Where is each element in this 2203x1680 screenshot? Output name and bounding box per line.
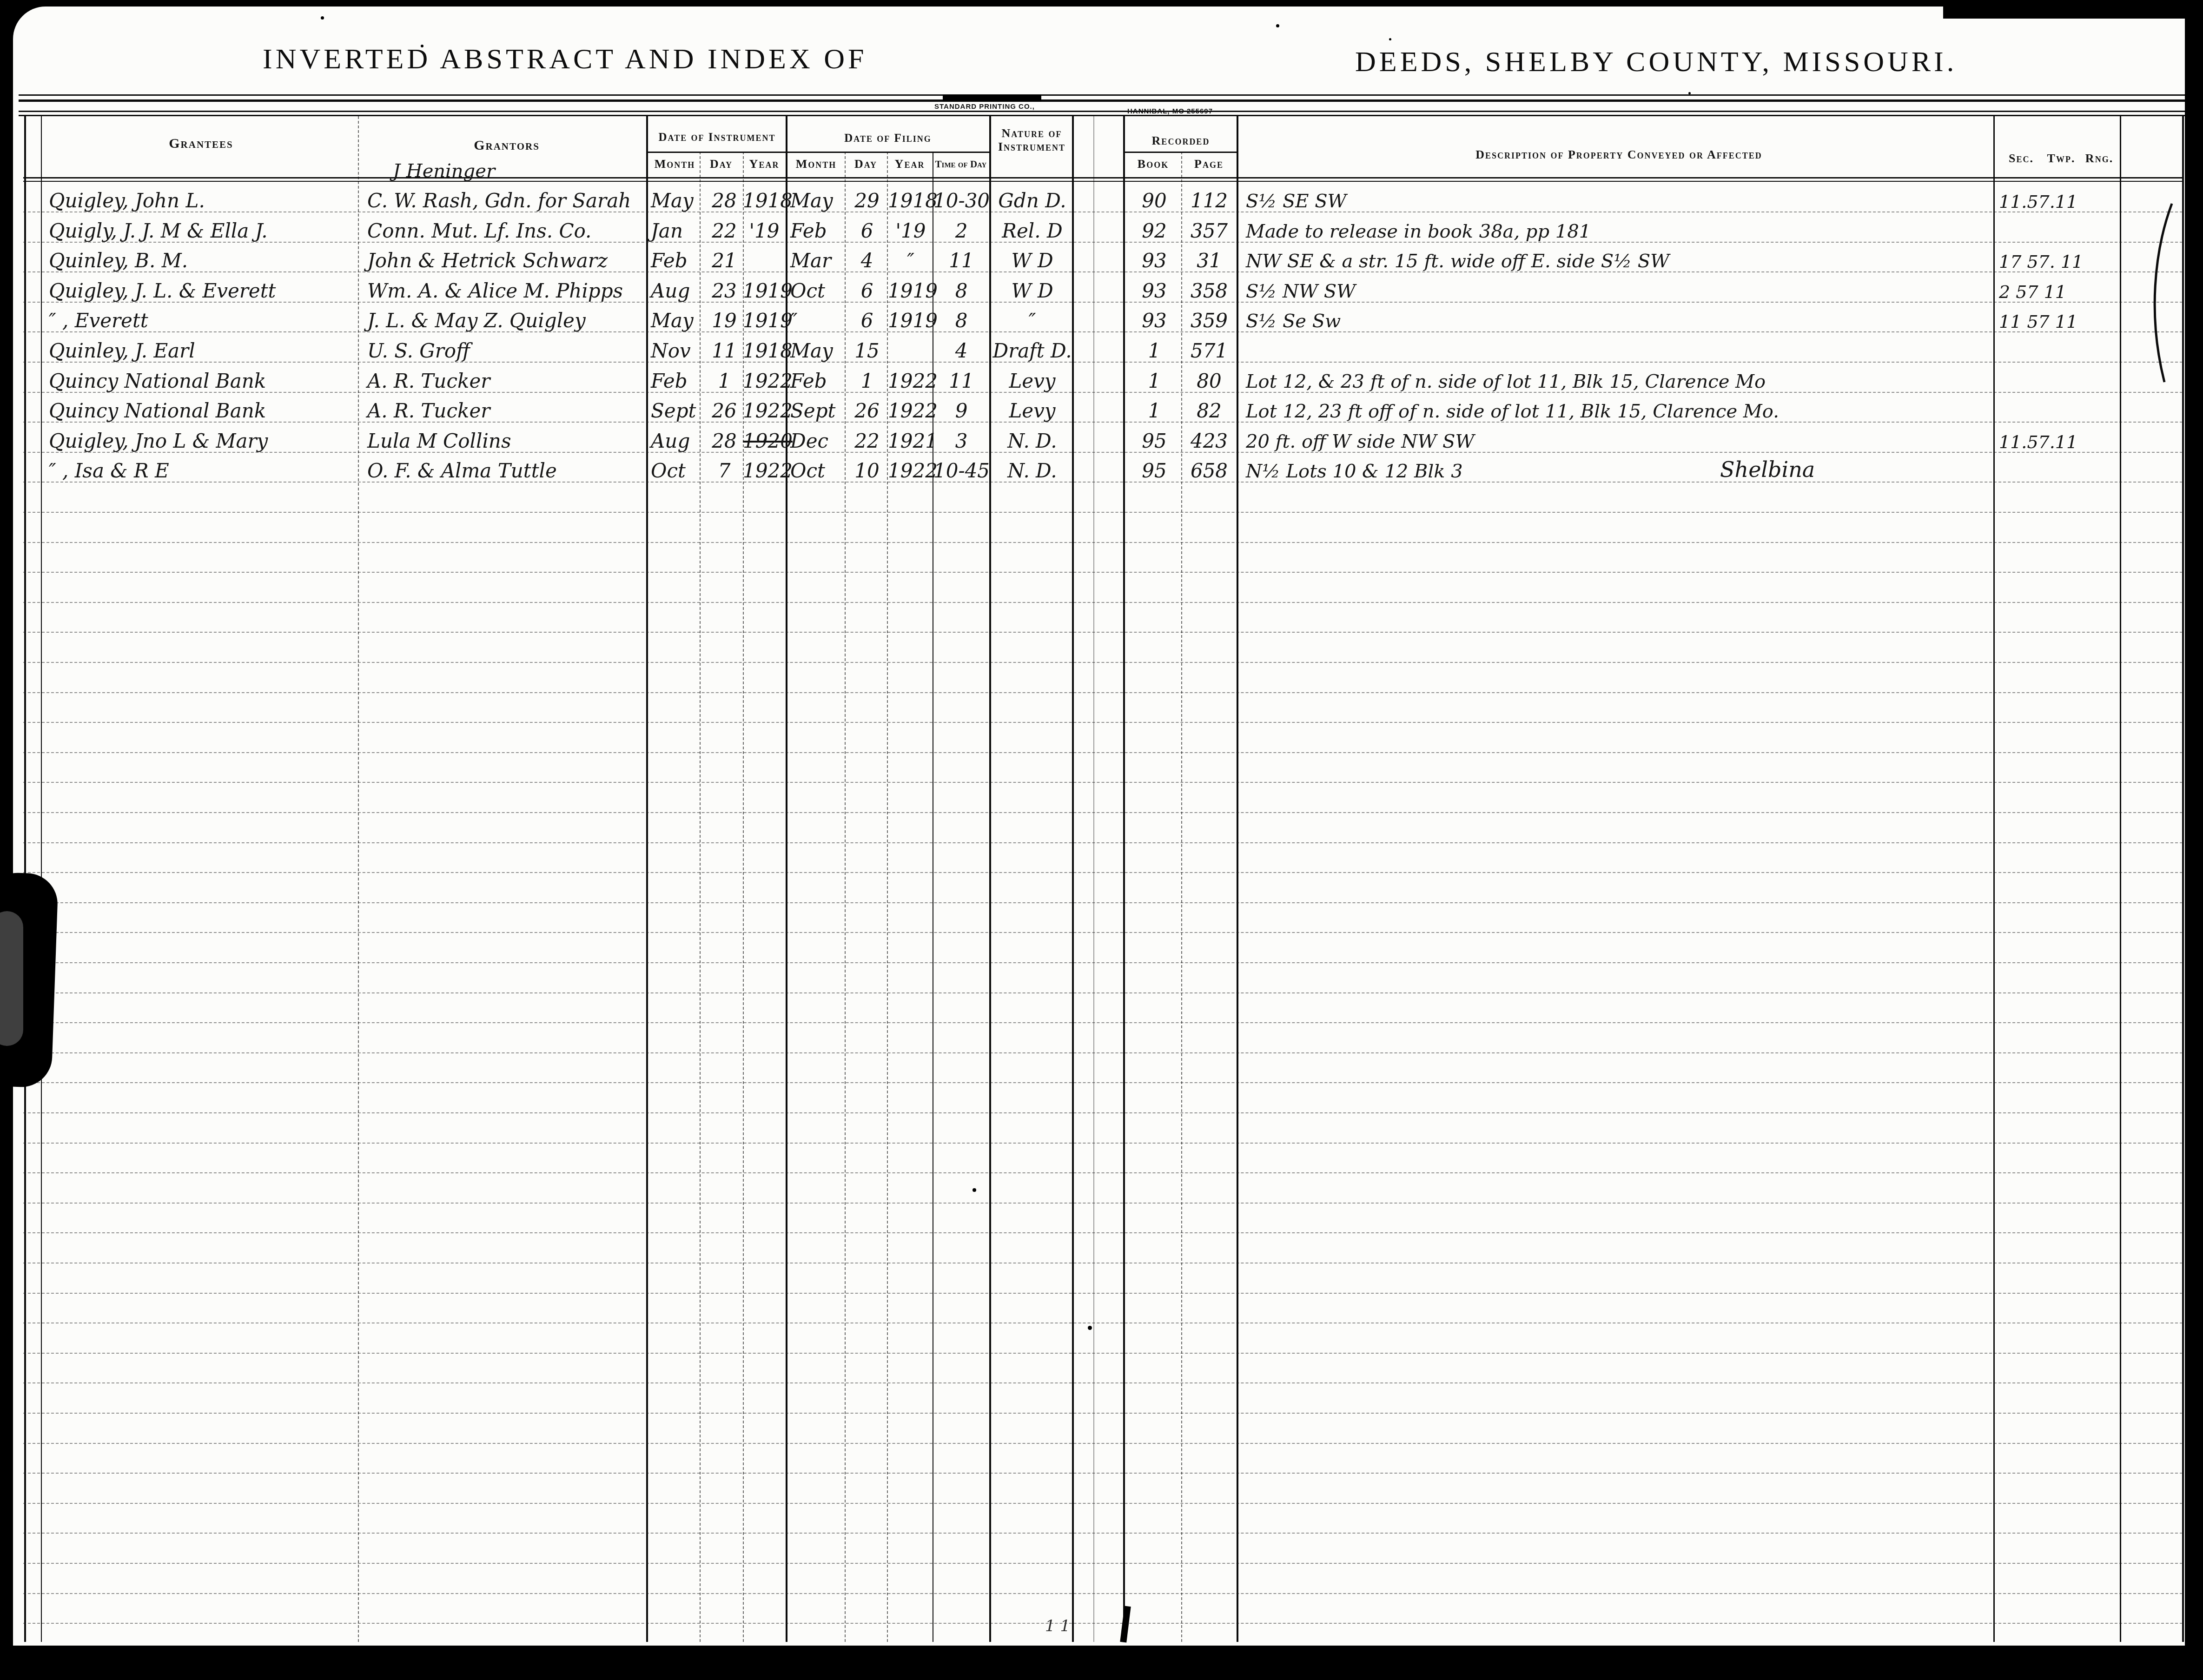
header-description: Description of Property Conveyed or Affe… <box>1246 148 1992 161</box>
instrument-month-cell: Oct <box>651 459 686 482</box>
filing-time-cell: 4 <box>933 339 989 362</box>
ruled-line <box>23 902 2183 903</box>
page-cell: 658 <box>1182 459 1236 482</box>
ruled-line <box>23 1172 2183 1173</box>
filing-year-cell: 1922 <box>888 370 933 392</box>
table-row: Quigley, Jno L & Mary Lula M Collins Aug… <box>0 423 2203 453</box>
filing-day-cell: 6 <box>846 219 888 242</box>
speck <box>1389 38 1391 40</box>
stray-pen-stroke <box>2134 200 2190 386</box>
filing-time-cell: 8 <box>933 279 989 302</box>
ruled-line <box>23 572 2183 573</box>
filing-time-cell: 2 <box>933 219 989 242</box>
table-row: Quigley, J. L. & Everett Wm. A. & Alice … <box>0 272 2203 303</box>
ruled-line <box>23 1413 2183 1414</box>
description-cell: Lot 12, & 23 ft of n. side of lot 11, Bl… <box>1246 371 1766 392</box>
header-filing-year: Year <box>887 157 933 171</box>
ruled-line <box>23 632 2183 633</box>
speck <box>321 16 324 20</box>
table-row: ″ , Everett J. L. & May Z. Quigley May 1… <box>0 302 2203 333</box>
book-cell: 1 <box>1128 339 1181 362</box>
filing-month-cell: Sept <box>790 399 835 422</box>
instrument-month-cell: Sept <box>651 399 696 422</box>
header-date-of-filing: Date of Filing <box>787 132 988 145</box>
grantee-cell: Quigley, John L. <box>49 189 205 212</box>
rule <box>19 115 2185 116</box>
ruled-line <box>23 1143 2183 1144</box>
instrument-year-cell: 1922 <box>743 399 786 422</box>
grantee-cell: Quinley, B. M. <box>49 249 188 272</box>
table-row: Quinley, J. Earl U. S. Groff Nov 11 1918… <box>0 332 2203 363</box>
ruled-line <box>23 1593 2183 1594</box>
sec-twp-rng-cell: 11 57 11 <box>1999 311 2077 332</box>
filing-day-cell: 1 <box>846 370 888 392</box>
book-cell: 95 <box>1128 430 1181 452</box>
nature-cell: Rel. D <box>992 219 1073 242</box>
book-cell: 90 <box>1128 189 1181 212</box>
book-cell: 95 <box>1128 459 1181 482</box>
filing-year-cell: 1922 <box>888 459 933 482</box>
instrument-year-cell: 1918 <box>743 189 786 212</box>
instrument-year-cell: 1919 <box>743 309 786 332</box>
instrument-day-cell: 23 <box>706 279 743 302</box>
page-cell: 358 <box>1182 279 1236 302</box>
grantor-cell: J. L. & May Z. Quigley <box>367 309 586 332</box>
instrument-day-cell: 7 <box>706 459 743 482</box>
filing-year-cell: 1922 <box>888 399 933 422</box>
filing-time-cell: 10-45 <box>933 459 989 482</box>
instrument-day-cell: 21 <box>706 249 743 272</box>
instrument-day-cell: 11 <box>706 339 743 362</box>
grantee-cell: Quincy National Bank <box>49 399 266 422</box>
speck <box>1901 66 1904 69</box>
scan-edge <box>0 1646 2203 1680</box>
ruled-line <box>23 932 2183 933</box>
grantor-cell: A. R. Tucker <box>367 399 490 422</box>
filing-time-cell: 11 <box>933 249 989 272</box>
header-twp: Twp. <box>2042 152 2081 165</box>
filing-day-cell: 29 <box>846 189 888 212</box>
filing-month-cell: May <box>790 339 833 362</box>
grantor-cell: John & Hetrick Schwarz <box>367 249 608 272</box>
filing-year-cell: ″ <box>888 249 933 272</box>
ruled-line <box>23 1353 2183 1354</box>
instrument-month-cell: Nov <box>651 339 691 362</box>
instrument-month-cell: Jan <box>651 219 683 242</box>
page-cell: 359 <box>1182 309 1236 332</box>
filing-day-cell: 4 <box>846 249 888 272</box>
filing-day-cell: 22 <box>846 430 888 452</box>
description-extra-cell: Shelbina <box>1720 457 1815 482</box>
ruled-line <box>23 1382 2183 1383</box>
ruled-line <box>23 662 2183 663</box>
inserted-name-note: J Heninger <box>393 160 495 182</box>
page-cell: 112 <box>1182 189 1236 212</box>
book-cell: 93 <box>1128 249 1181 272</box>
instrument-month-cell: Feb <box>651 370 688 392</box>
ink-smear <box>943 94 1041 101</box>
scan-edge <box>1943 0 2203 19</box>
grantee-cell: Quigley, Jno L & Mary <box>49 430 268 452</box>
grantor-cell: Lula M Collins <box>367 430 511 452</box>
filing-year-cell: '19 <box>888 219 933 242</box>
ruled-line <box>23 1022 2183 1023</box>
grantor-cell: C. W. Rash, Gdn. for Sarah <box>367 189 631 212</box>
filing-day-cell: 6 <box>846 309 888 332</box>
ruled-line <box>23 782 2183 783</box>
book-cell: 1 <box>1128 370 1181 392</box>
filing-day-cell: 10 <box>846 459 888 482</box>
description-cell: S½ SE SW <box>1246 191 1347 212</box>
ruled-line <box>23 1203 2183 1204</box>
sec-twp-rng-cell: 2 57 11 <box>1999 282 2066 302</box>
description-cell: Made to release in book 38a, pp 181 <box>1246 221 1591 242</box>
filing-month-cell: May <box>790 189 833 212</box>
page-cell: 80 <box>1182 370 1236 392</box>
instrument-year-cell: 1920 <box>743 430 786 452</box>
instrument-day-cell: 22 <box>706 219 743 242</box>
speck <box>1688 92 1691 94</box>
filing-year-cell: 1919 <box>888 309 933 332</box>
grantee-cell: ″ , Everett <box>49 309 148 332</box>
ruled-line <box>23 1232 2183 1233</box>
header-book: Book <box>1125 157 1181 171</box>
table-row: Quincy National Bank A. R. Tucker Feb 1 … <box>0 363 2203 393</box>
printer-imprint-left: STANDARD PRINTING CO., <box>934 103 1035 111</box>
page-cell: 82 <box>1182 399 1236 422</box>
filing-year-cell: 1919 <box>888 279 933 302</box>
grantee-cell: Quincy National Bank <box>49 370 266 392</box>
instrument-year-cell: 1919 <box>743 279 786 302</box>
filing-time-cell: 9 <box>933 399 989 422</box>
description-cell: Lot 12, 23 ft off of n. side of lot 11, … <box>1246 401 1779 422</box>
description-cell: S½ NW SW <box>1246 281 1356 302</box>
ruled-line <box>23 1533 2183 1534</box>
nature-cell: N. D. <box>992 430 1073 452</box>
filing-day-cell: 15 <box>846 339 888 362</box>
header-grantees: Grantees <box>46 136 356 152</box>
header-recorded: Recorded <box>1125 134 1237 147</box>
speck <box>421 45 423 47</box>
instrument-day-cell: 19 <box>706 309 743 332</box>
sec-twp-rng-cell: 11.57.11 <box>1999 192 2077 212</box>
rule <box>23 181 2184 182</box>
ruled-line <box>23 1443 2183 1444</box>
instrument-month-cell: May <box>651 189 694 212</box>
grantee-cell: Quigly, J. J. M & Ella J. <box>49 219 268 242</box>
header-grantors: Grantors <box>367 138 646 153</box>
filing-time-cell: 10-30 <box>933 189 989 212</box>
header-instrument-day: Day <box>700 157 743 171</box>
filing-time-cell: 8 <box>933 309 989 332</box>
ruled-line <box>23 1563 2183 1564</box>
instrument-year-cell: 1922 <box>743 459 786 482</box>
header-sec: Sec. <box>2003 152 2040 165</box>
ruled-line <box>23 752 2183 753</box>
filing-day-cell: 6 <box>846 279 888 302</box>
table-row: Quincy National Bank A. R. Tucker Sept 2… <box>0 392 2203 423</box>
description-cell: S½ Se Sw <box>1246 311 1341 332</box>
filing-year-cell: 1918 <box>888 189 933 212</box>
ledger-scan: INVERTED ABSTRACT AND INDEX OF DEEDS, SH… <box>0 0 2203 1680</box>
ruled-line <box>23 1293 2183 1294</box>
filing-time-cell: 3 <box>933 430 989 452</box>
instrument-day-cell: 26 <box>706 399 743 422</box>
filing-month-cell: Feb <box>790 370 827 392</box>
filing-month-cell: Oct <box>790 279 825 302</box>
ruled-line <box>23 722 2183 723</box>
grantor-cell: O. F. & Alma Tuttle <box>367 459 557 482</box>
instrument-year-cell: '19 <box>743 219 786 242</box>
scan-edge <box>2185 0 2203 1680</box>
description-cell: 20 ft. off W side NW SW <box>1246 431 1475 452</box>
page-title-left: INVERTED ABSTRACT AND INDEX OF <box>263 43 867 76</box>
nature-cell: W D <box>992 249 1073 272</box>
grantee-cell: Quigley, J. L. & Everett <box>49 279 276 302</box>
ruled-line <box>23 542 2183 543</box>
nature-cell: Draft D. <box>992 339 1073 362</box>
header-filing-day: Day <box>845 157 887 171</box>
header-time-of-day: Time of Day <box>933 159 989 170</box>
ruled-line <box>23 1473 2183 1474</box>
header-nature-of-instrument: Nature of Instrument <box>992 126 1072 153</box>
grantor-cell: U. S. Groff <box>367 339 470 362</box>
header-instrument-month: Month <box>650 157 700 171</box>
book-cell: 1 <box>1128 399 1181 422</box>
book-cell: 93 <box>1128 279 1181 302</box>
speck <box>972 1188 976 1192</box>
ruled-line <box>23 602 2183 603</box>
ruled-line <box>23 992 2183 993</box>
page-cell: 423 <box>1182 430 1236 452</box>
grantor-cell: A. R. Tucker <box>367 370 490 392</box>
ruled-line <box>23 962 2183 963</box>
nature-cell: Levy <box>992 399 1073 422</box>
rule <box>19 94 2185 96</box>
filing-month-cell: Dec <box>790 430 828 452</box>
instrument-month-cell: Aug <box>651 279 690 302</box>
page-title-right: DEEDS, SHELBY COUNTY, MISSOURI. <box>1355 46 1957 79</box>
header-instrument-year: Year <box>743 157 786 171</box>
filing-month-cell: Feb <box>790 219 827 242</box>
filing-month-cell: Mar <box>790 249 831 272</box>
table-row: Quigley, John L. C. W. Rash, Gdn. for Sa… <box>0 182 2203 213</box>
instrument-day-cell: 28 <box>706 189 743 212</box>
book-cell: 93 <box>1128 309 1181 332</box>
page-cell: 31 <box>1182 249 1236 272</box>
ruled-line <box>23 512 2183 513</box>
instrument-day-cell: 1 <box>706 370 743 392</box>
rule <box>647 152 990 153</box>
ruled-line <box>23 842 2183 843</box>
instrument-day-cell: 28 <box>706 430 743 452</box>
rule <box>23 177 2184 179</box>
grantee-cell: ″ , Isa & R E <box>49 459 169 482</box>
table-row: Quinley, B. M. John & Hetrick Schwarz Fe… <box>0 242 2203 273</box>
instrument-month-cell: Aug <box>651 430 690 452</box>
filing-month-cell: Oct <box>790 459 825 482</box>
sec-twp-rng-cell: 11.57.11 <box>1999 432 2077 452</box>
printer-imprint-right: HANNIBAL, MO 255697 <box>1127 107 1213 115</box>
page-cell: 357 <box>1182 219 1236 242</box>
ruled-line <box>23 812 2183 813</box>
ruled-line <box>23 1263 2183 1263</box>
ruled-line <box>23 1323 2183 1323</box>
filing-time-cell: 11 <box>933 370 989 392</box>
binder-clamp-highlight <box>0 911 23 1046</box>
description-cell: NW SE & a str. 15 ft. wide off E. side S… <box>1246 251 1669 272</box>
ruled-line <box>23 872 2183 873</box>
nature-cell: ″ <box>992 309 1073 332</box>
ruled-line <box>23 1082 2183 1083</box>
table-row: Quigly, J. J. M & Ella J. Conn. Mut. Lf.… <box>0 212 2203 243</box>
header-filing-month: Month <box>787 157 845 171</box>
header-date-of-instrument: Date of Instrument <box>648 131 786 144</box>
rule <box>19 99 2185 102</box>
nature-cell: N. D. <box>992 459 1073 482</box>
ruled-line <box>23 1052 2183 1053</box>
filing-month-cell: ″ <box>790 309 798 332</box>
header-rng: Rng. <box>2081 152 2118 165</box>
filing-day-cell: 26 <box>846 399 888 422</box>
ruled-line <box>23 1503 2183 1504</box>
speck <box>1276 24 1279 27</box>
nature-cell: Gdn D. <box>992 189 1073 212</box>
page-cell: 571 <box>1182 339 1236 362</box>
rule <box>19 111 2185 112</box>
grantor-cell: Conn. Mut. Lf. Ins. Co. <box>367 219 591 242</box>
instrument-year-cell: 1922 <box>743 370 786 392</box>
grantor-cell: Wm. A. & Alice M. Phipps <box>367 279 623 302</box>
instrument-month-cell: Feb <box>651 249 688 272</box>
instrument-month-cell: May <box>651 309 694 332</box>
table-row: ″ , Isa & R E O. F. & Alma Tuttle Oct 7 … <box>0 452 2203 483</box>
filing-year-cell: 1921 <box>888 430 933 452</box>
header-page: Page <box>1181 157 1237 171</box>
ruled-line <box>23 1623 2183 1624</box>
description-cell: N½ Lots 10 & 12 Blk 3 <box>1246 461 1463 482</box>
speck <box>1088 1326 1092 1330</box>
book-cell: 92 <box>1128 219 1181 242</box>
sec-twp-rng-cell: 17 57. 11 <box>1999 251 2083 272</box>
ruled-line <box>23 692 2183 693</box>
instrument-year-cell: 1918 <box>743 339 786 362</box>
nature-cell: W D <box>992 279 1073 302</box>
nature-cell: Levy <box>992 370 1073 392</box>
page-number: 1 1 <box>1045 1617 1070 1635</box>
ruled-line <box>23 1112 2183 1113</box>
grantee-cell: Quinley, J. Earl <box>49 339 195 362</box>
